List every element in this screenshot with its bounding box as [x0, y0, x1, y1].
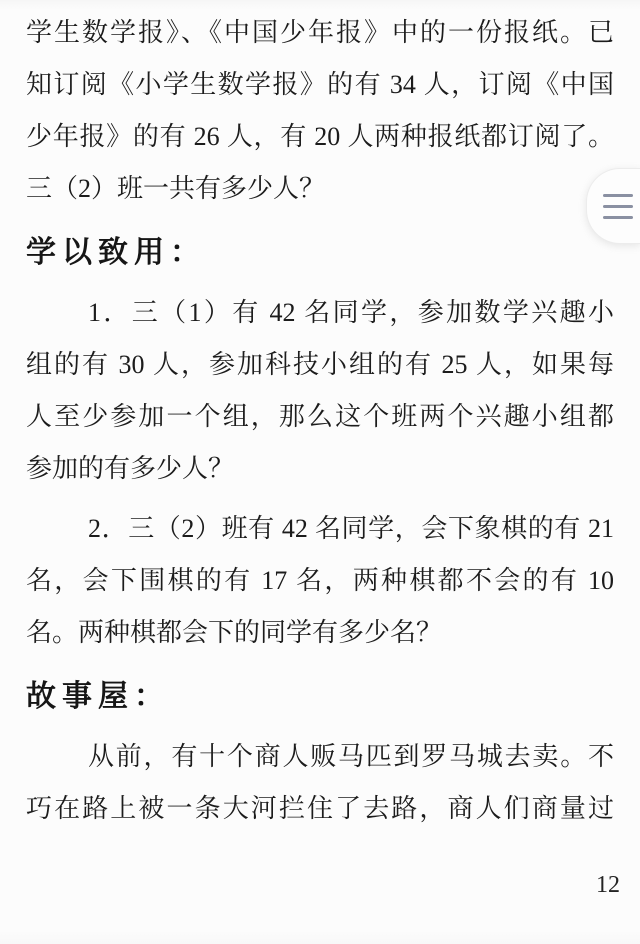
text-line: 学生数学报》、《中国少年报》中的一份报纸。已 — [26, 7, 614, 59]
text-line-problem-1-start: 1．三（1）有 42 名同学，参加数学兴趣小 — [26, 287, 614, 339]
hamburger-bar — [603, 194, 633, 197]
text-line: 名。两种棋都会下的同学有多少名？ — [26, 607, 614, 659]
text-line: 名，会下围棋的有 17 名，两种棋都不会的有 10 — [26, 555, 614, 607]
text-line: 参加的有多少人？ — [26, 443, 614, 495]
hamburger-icon — [603, 194, 633, 219]
hamburger-bar — [603, 205, 633, 208]
text-line: 三（2）班一共有多少人？ — [26, 163, 614, 215]
text-line-problem-2-start: 2．三（2）班有 42 名同学，会下象棋的有 21 — [26, 503, 614, 555]
section-heading-gushiwu: 故事屋： — [26, 671, 614, 723]
document-page: 学生数学报》、《中国少年报》中的一份报纸。已 知订阅《小学生数学报》的有 34 … — [0, 0, 640, 944]
menu-button[interactable] — [586, 168, 640, 244]
document-text-block: 学生数学报》、《中国少年报》中的一份报纸。已 知订阅《小学生数学报》的有 34 … — [26, 0, 614, 835]
text-line: 知订阅《小学生数学报》的有 34 人，订阅《中国 — [26, 59, 614, 111]
section-heading-xueyizhiyong: 学以致用： — [26, 227, 614, 279]
text-line: 人至少参加一个组，那么这个班两个兴趣小组都 — [26, 391, 614, 443]
text-line: 巧在路上被一条大河拦住了去路，商人们商量过 — [26, 783, 614, 835]
text-line-story-start: 从前，有十个商人贩马匹到罗马城去卖。不 — [26, 731, 614, 783]
text-line: 少年报》的有 26 人，有 20 人两种报纸都订阅了。 — [26, 111, 614, 163]
text-line: 组的有 30 人，参加科技小组的有 25 人，如果每 — [26, 339, 614, 391]
page-number: 12 — [596, 870, 620, 900]
hamburger-bar — [603, 216, 633, 219]
